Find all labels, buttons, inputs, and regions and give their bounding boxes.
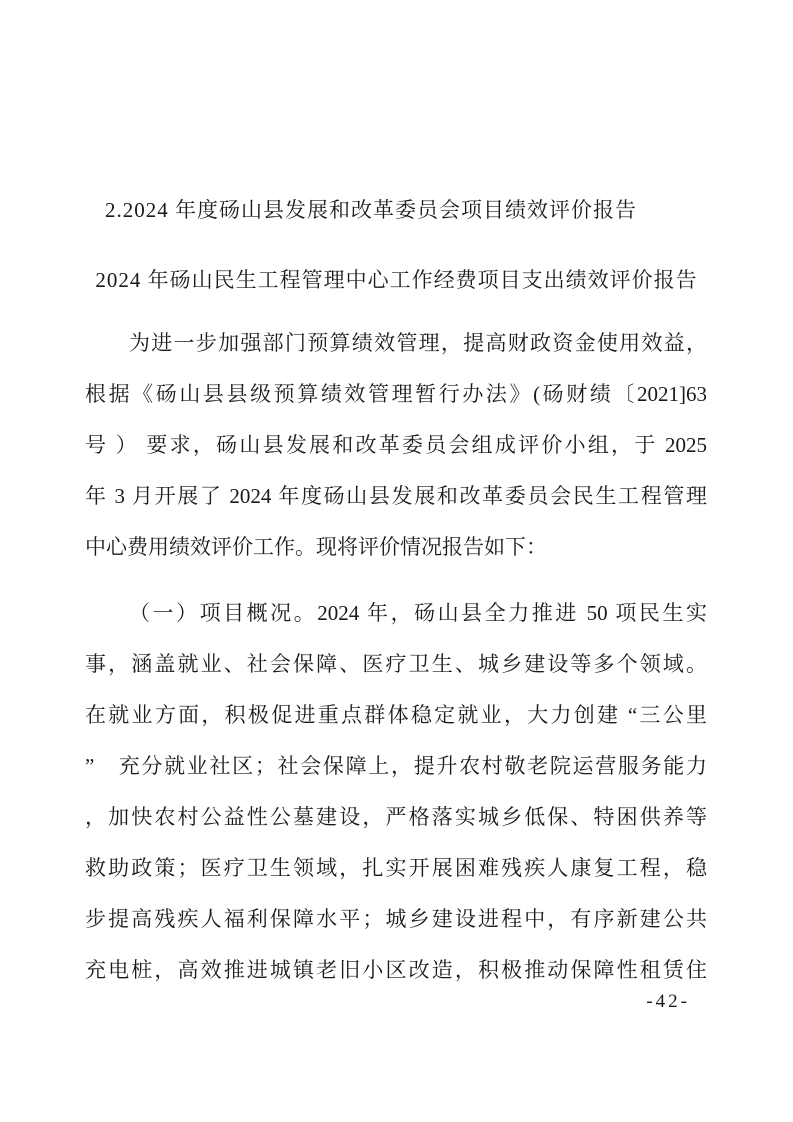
body-line: 号 ） 要求，砀山县发展和改革委员会组成评价小组，于 2025: [85, 420, 707, 471]
body-line: 中心费用绩效评价工作。现将评价情况报告如下：: [85, 522, 707, 573]
section-heading: 2.2024 年度砀山县发展和改革委员会项目绩效评价报告: [0, 0, 793, 224]
paragraph: （一）项目概况。2024 年，砀山县全力推进 50 项民生实事，涵盖就业、社会保…: [85, 588, 707, 996]
body-line: 在就业方面，积极促进重点群体稳定就业，大力创建 “三公里: [85, 690, 707, 741]
body-line: 为进一步加强部门预算绩效管理，提高财政资金使用效益，: [85, 318, 707, 369]
body-line: 年 3 月开展了 2024 年度砀山县发展和改革委员会民生工程管理: [85, 471, 707, 522]
body-line: 救助政策；医疗卫生领域，扎实开展困难残疾人康复工程，稳: [85, 843, 707, 894]
body-line: （一）项目概况。2024 年，砀山县全力推进 50 项民生实: [85, 588, 707, 639]
paragraph: 为进一步加强部门预算绩效管理，提高财政资金使用效益，根据《砀山县县级预算绩效管理…: [85, 318, 707, 573]
report-title: 2024 年砀山民生工程管理中心工作经费项目支出绩效评价报告: [0, 267, 793, 294]
body-line: 事，涵盖就业、社会保障、医疗卫生、城乡建设等多个领域。: [85, 639, 707, 690]
page-number: -42-: [646, 991, 690, 1013]
body-line: 充电桩，高效推进城镇老旧小区改造，积极推动保障性租赁住: [85, 945, 707, 996]
body-line: ，加快农村公益性公墓建设，严格落实城乡低保、特困供养等: [85, 792, 707, 843]
body-line: ” 充分就业社区；社会保障上，提升农村敬老院运营服务能力: [85, 741, 707, 792]
report-body: 为进一步加强部门预算绩效管理，提高财政资金使用效益，根据《砀山县县级预算绩效管理…: [85, 318, 707, 996]
document-page: 2.2024 年度砀山县发展和改革委员会项目绩效评价报告 2024 年砀山民生工…: [0, 0, 793, 1122]
body-line: 步提高残疾人福利保障水平；城乡建设进程中，有序新建公共: [85, 894, 707, 945]
body-line: 根据《砀山县县级预算绩效管理暂行办法》(砀财绩〔2021]63: [85, 369, 707, 420]
